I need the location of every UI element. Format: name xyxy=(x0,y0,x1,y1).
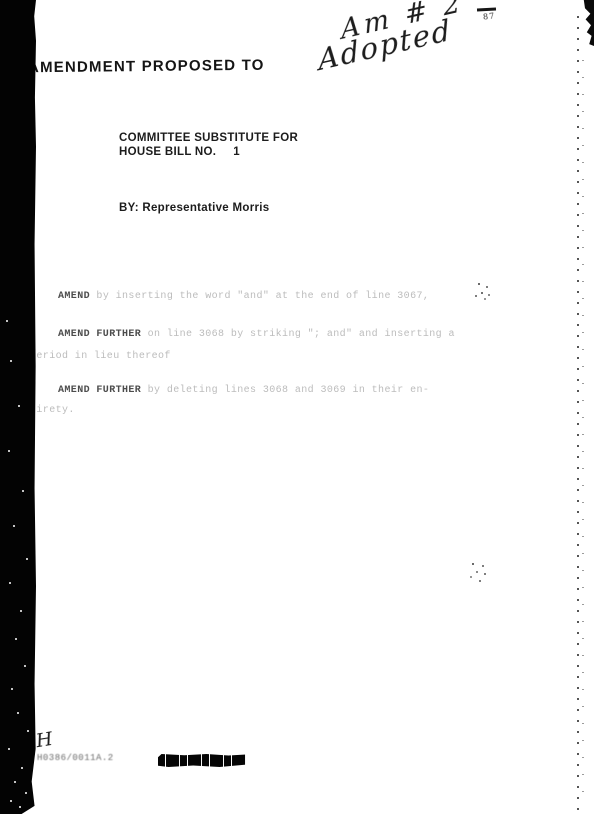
scan-smudge-mark-top-right: 87 xyxy=(483,11,496,21)
scan-bar-noise xyxy=(6,320,8,322)
committee-block: COMMITTEE SUBSTITUTE FOR HOUSE BILL NO.1 xyxy=(119,131,298,159)
document-heading: AMENDMENT PROPOSED TO xyxy=(28,57,265,76)
committee-line-2: HOUSE BILL NO.1 xyxy=(119,145,298,159)
amendment-paragraph-3-continuation: tirety. xyxy=(30,405,75,416)
bill-number: 1 xyxy=(233,146,240,158)
amend-text-3: by deleting lines 3068 and 3069 in their… xyxy=(148,385,430,396)
amend-label-2: AMEND FURTHER xyxy=(58,329,141,340)
handwritten-bottom-mark: H xyxy=(34,728,54,752)
scan-speck-cluster-right-lower xyxy=(472,563,474,565)
amendment-paragraph-2-continuation: period in lieu thereof xyxy=(30,351,171,362)
scan-edge-noise-right-2 xyxy=(582,60,584,800)
ink-stamp xyxy=(158,754,246,767)
amend-label-1: AMEND xyxy=(58,291,90,302)
amend-text-1: by inserting the word "and" at the end o… xyxy=(96,291,429,302)
scan-corner-blob-top-right xyxy=(582,0,594,46)
scan-speck-cluster-right-upper xyxy=(478,283,480,285)
committee-line-1: COMMITTEE SUBSTITUTE FOR xyxy=(119,131,298,145)
amendment-paragraph-2: AMEND FURTHER on line 3068 by striking "… xyxy=(58,329,455,340)
scan-edge-noise-right-1 xyxy=(577,16,579,811)
amend-text-2: on line 3068 by striking "; and" and ins… xyxy=(148,329,455,340)
amendment-paragraph-3: AMEND FURTHER by deleting lines 3068 and… xyxy=(58,385,429,396)
footer-document-code: H0386/0011A.2 xyxy=(37,753,114,763)
handwritten-annotation: Am # 2 Adopted xyxy=(318,0,468,76)
sponsor-line: BY: Representative Morris xyxy=(119,202,269,214)
amendment-paragraph-1: AMEND by inserting the word "and" at the… xyxy=(58,291,429,302)
scanned-document-page: AMENDMENT PROPOSED TO Am # 2 Adopted COM… xyxy=(0,0,594,825)
house-bill-label: HOUSE BILL NO. xyxy=(119,146,216,158)
amend-label-3: AMEND FURTHER xyxy=(58,385,141,396)
scan-edge-bar-left xyxy=(0,0,36,814)
